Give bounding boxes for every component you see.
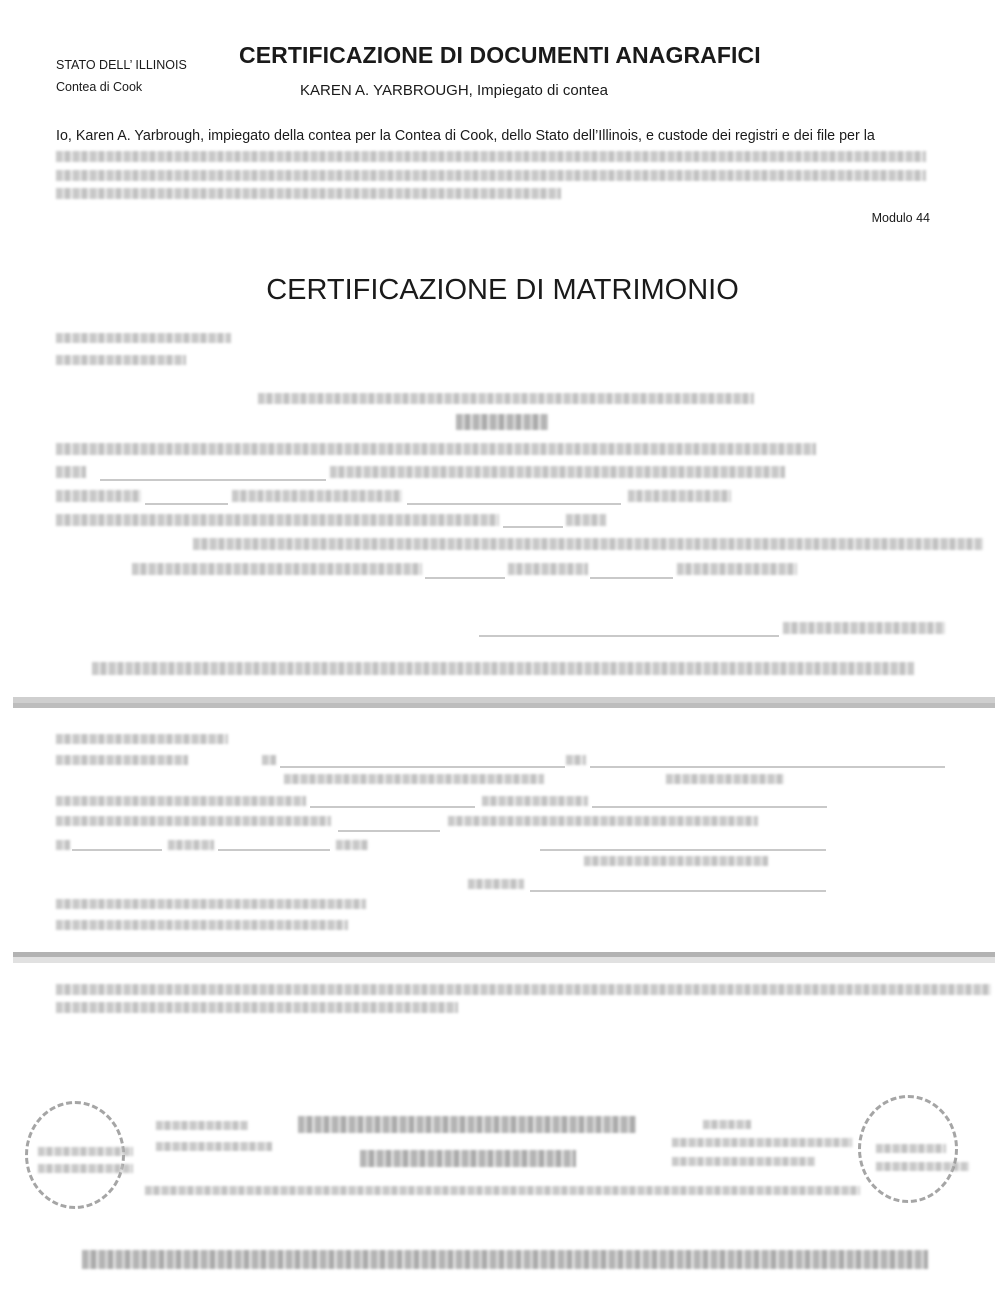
form-number: Modulo 44 [872,211,930,225]
section-divider [13,697,995,708]
intro-first-line: Io, Karen A. Yarbrough, impiegato della … [56,128,875,144]
section-divider [13,952,995,963]
county-label: Contea di Cook [56,80,142,94]
state-label: STATO DELL’ ILLINOIS [56,58,187,72]
clerk-line: KAREN A. YARBROUGH, Impiegato di contea [300,82,608,99]
certificate-title: CERTIFICAZIONE DI MATRIMONIO [0,274,1005,307]
document-title: CERTIFICAZIONE DI DOCUMENTI ANAGRAFICI [239,42,761,69]
